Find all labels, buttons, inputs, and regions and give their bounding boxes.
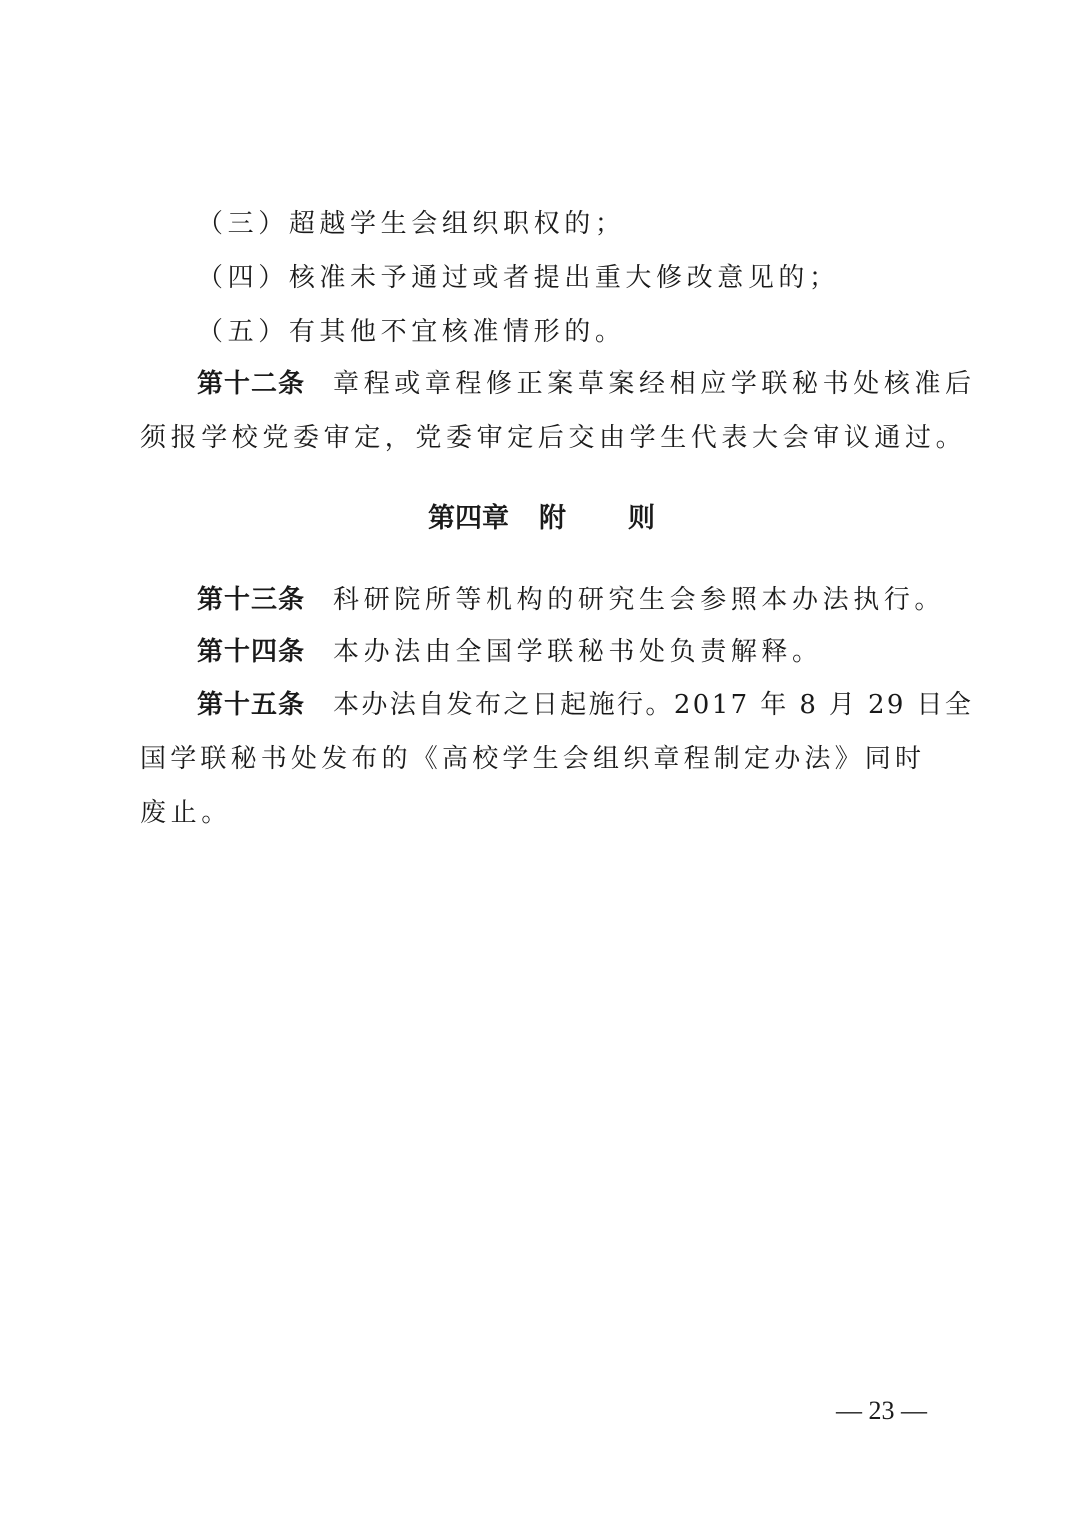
article-text: 国学联秘书处发布的《高校学生会组织章程制定办法》同时 [140,744,925,774]
article-13: 第十三条科研院所等机构的研究生会参照本办法执行。 [197,582,945,618]
list-item-4: （四）核准未予通过或者提出重大修改意见的； [197,260,840,296]
article-title: 第十二条 [197,369,305,399]
chapter-prefix: 第四章 [428,503,509,534]
chapter-word-1: 附 [539,503,566,534]
item-label: （三） [197,209,289,239]
article-text: 科研院所等机构的研究生会参照本办法执行。 [333,585,945,615]
list-item-3: （三）超越学生会组织职权的； [197,206,625,242]
item-label: （四） [197,263,289,293]
item-text: 核准未予通过或者提出重大修改意见的； [289,263,840,293]
article-12-line-1: 第十二条章程或章程修正案草案经相应学联秘书处核准后 [197,366,976,402]
item-text: 有其他不宜核准情形的。 [289,317,626,347]
article-12-line-2: 须报学校党委审定，党委审定后交由学生代表大会审议通过。 [140,420,966,456]
article-15-line-2: 国学联秘书处发布的《高校学生会组织章程制定办法》同时 [140,741,925,777]
article-14: 第十四条本办法由全国学联秘书处负责解释。 [197,634,823,670]
article-text: 须报学校党委审定，党委审定后交由学生代表大会审议通过。 [140,423,966,453]
item-text: 超越学生会组织职权的； [289,209,626,239]
article-15-line-3: 废止。 [140,795,232,831]
article-title: 第十四条 [197,637,305,667]
chapter-heading: 第四章附则 [428,501,655,537]
article-text: 废止。 [140,798,232,828]
article-15-line-1: 第十五条本办法自发布之日起施行。2017 年 8 月 29 日全 [197,687,973,723]
article-text: 本办法由全国学联秘书处负责解释。 [333,637,823,667]
list-item-5: （五）有其他不宜核准情形的。 [197,314,625,350]
page-number: — 23 — [836,1396,927,1426]
article-title: 第十五条 [197,690,305,720]
article-text: 本办法自发布之日起施行。2017 年 8 月 29 日全 [333,690,973,720]
chapter-word-2: 则 [628,503,655,534]
item-label: （五） [197,317,289,347]
article-text: 章程或章程修正案草案经相应学联秘书处核准后 [333,369,976,399]
article-title: 第十三条 [197,585,305,615]
